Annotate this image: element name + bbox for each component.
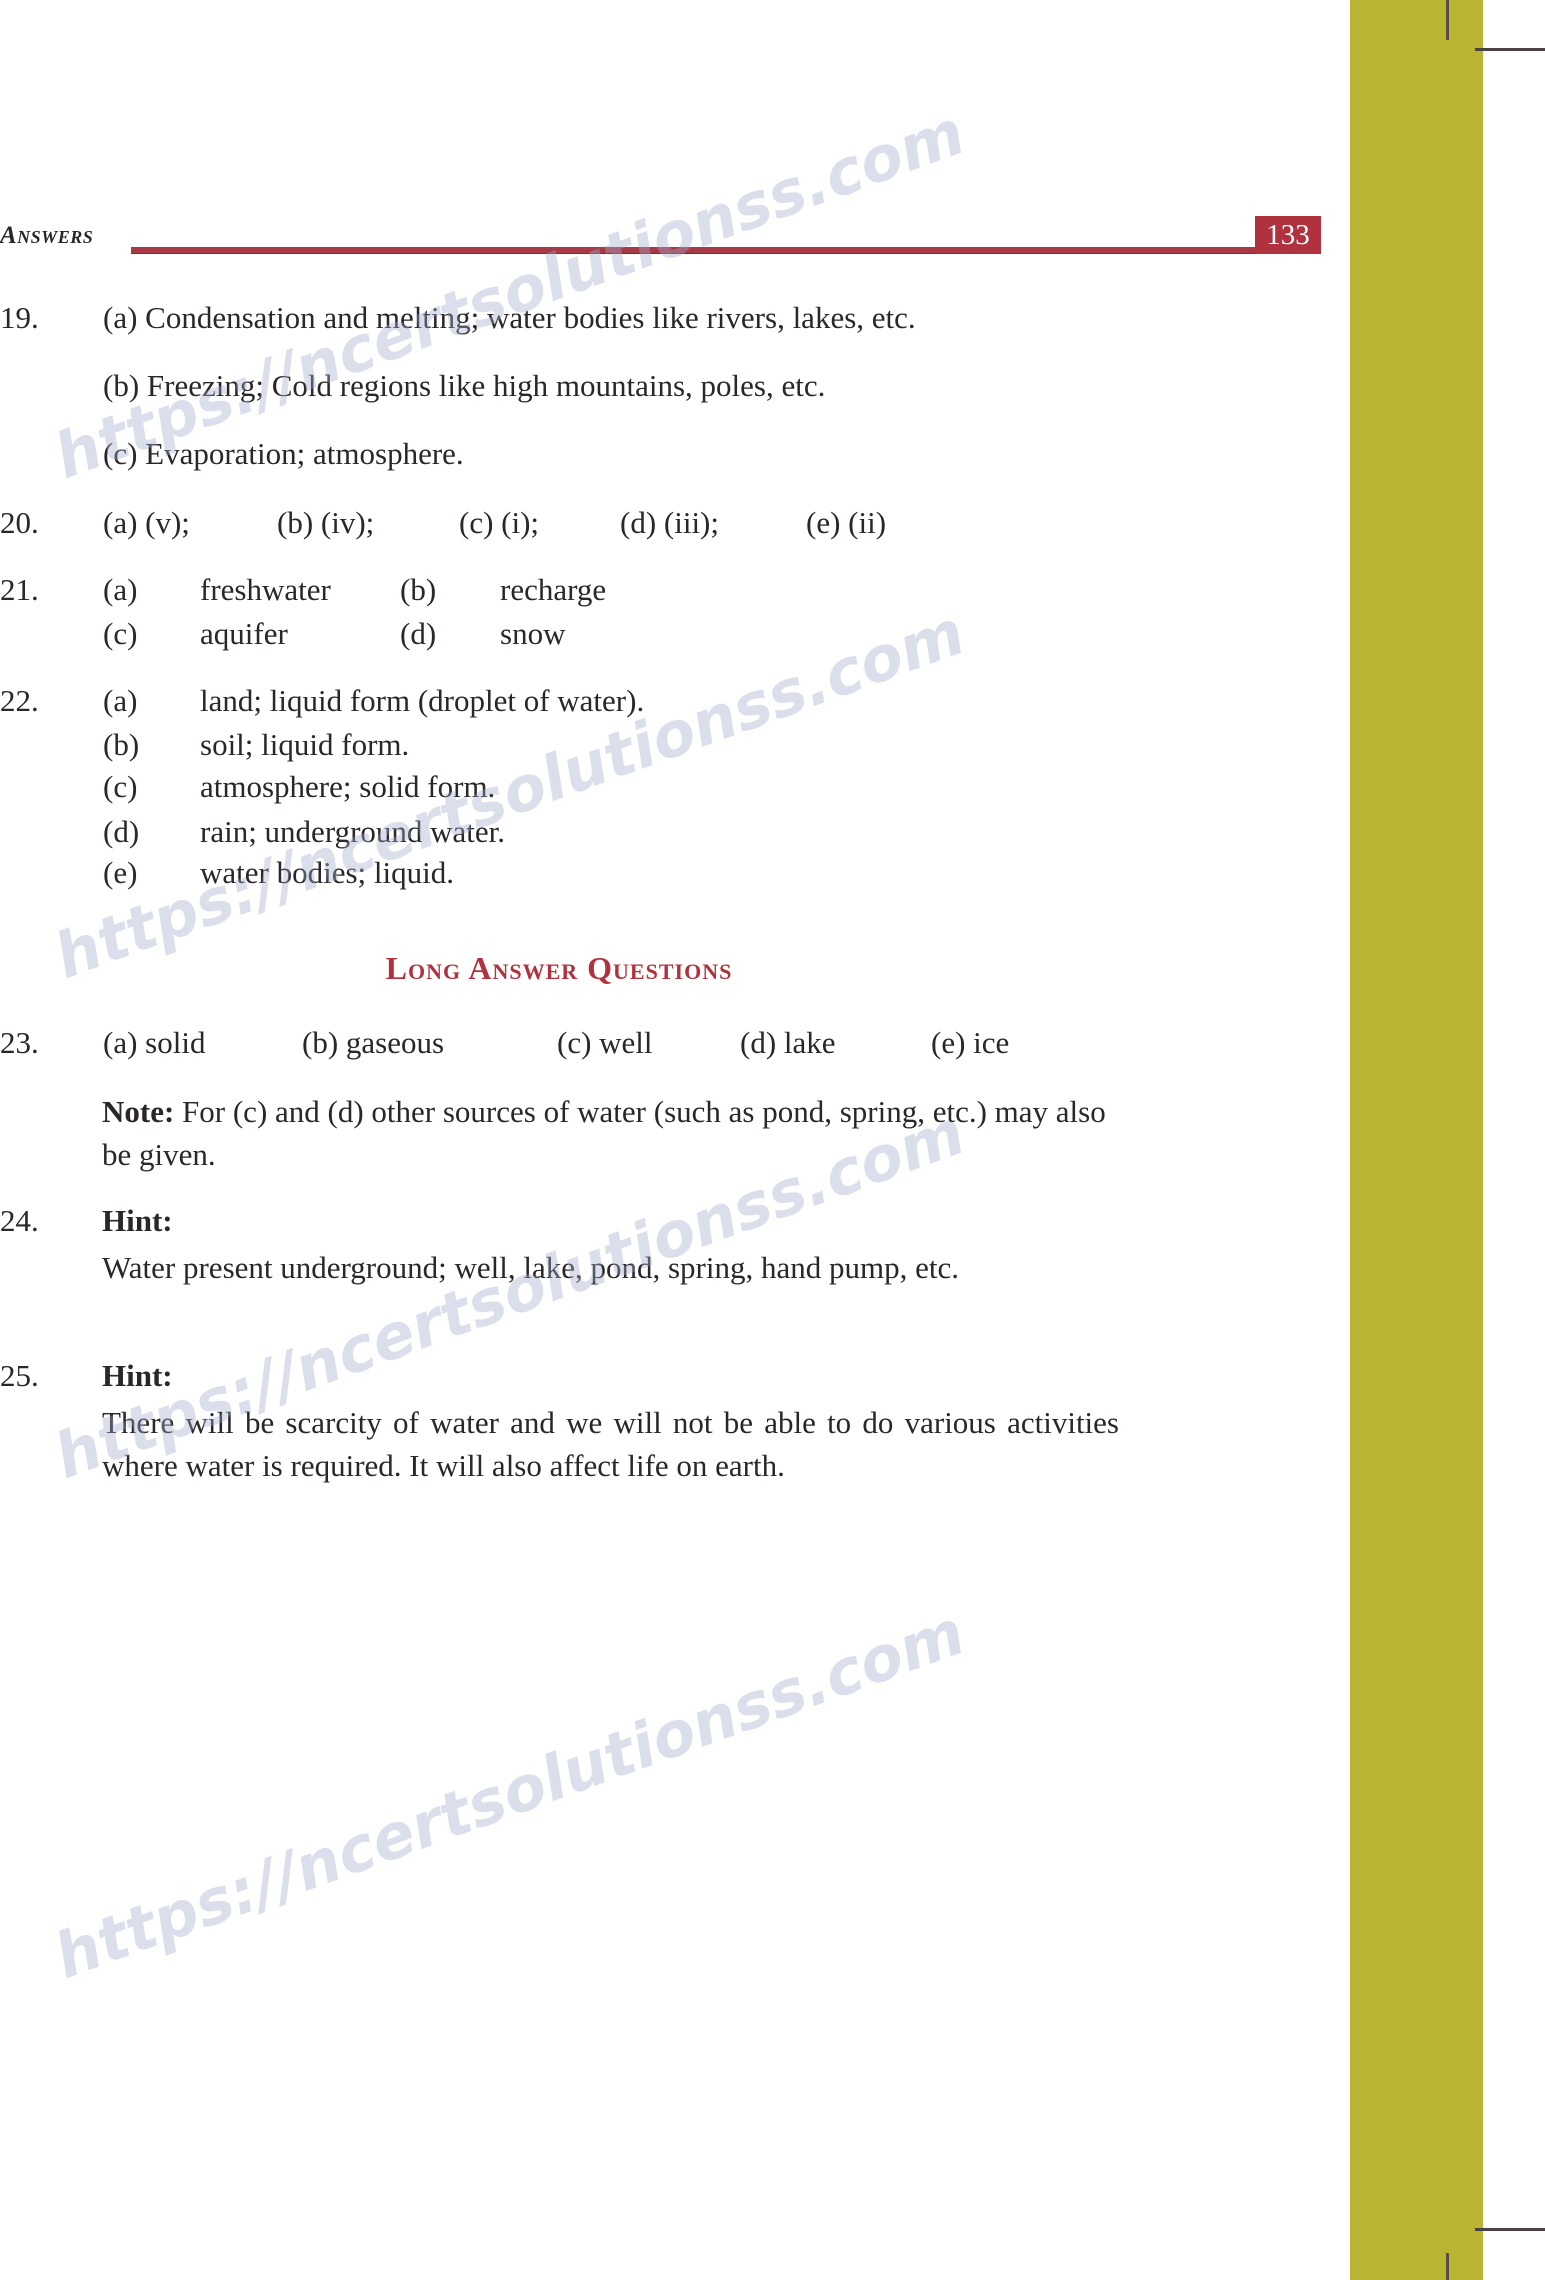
item-label: (c) xyxy=(103,616,137,652)
answer-item: (e) ice xyxy=(931,1025,1009,1061)
crop-mark-top-vertical xyxy=(1446,0,1449,40)
question-number: 20. xyxy=(0,505,39,541)
question-number: 24. xyxy=(0,1203,39,1239)
hint-label: Hint: xyxy=(102,1203,173,1239)
running-head: Answers xyxy=(0,222,93,250)
match-item: (e) (ii) xyxy=(806,505,886,541)
item-label: (d) xyxy=(103,814,139,850)
question-number: 23. xyxy=(0,1025,39,1061)
note-paragraph: Note: For (c) and (d) other sources of w… xyxy=(102,1090,1119,1176)
header-rule xyxy=(131,247,1261,253)
question-number: 19. xyxy=(0,300,39,336)
answer-line: (c) Evaporation; atmosphere. xyxy=(103,436,464,472)
match-item: (c) (i); xyxy=(459,505,539,541)
watermark: https://ncertsolutionss.com xyxy=(45,1595,974,1993)
answer-line: (a) Condensation and melting; water bodi… xyxy=(103,300,916,336)
hint-text: There will be scarcity of water and we w… xyxy=(102,1401,1119,1487)
match-item: (a) (v); xyxy=(103,505,190,541)
item-label: (b) xyxy=(400,572,436,608)
answer-item: (c) well xyxy=(557,1025,653,1061)
answer-line: (b) Freezing; Cold regions like high mou… xyxy=(103,368,825,404)
note-label: Note: xyxy=(102,1094,174,1129)
page-number: 133 xyxy=(1255,216,1321,254)
answer-item: (b) gaseous xyxy=(302,1025,444,1061)
item-label: (d) xyxy=(400,616,436,652)
crop-mark-top-horizontal xyxy=(1475,48,1545,51)
item-label: (e) xyxy=(103,855,137,891)
note-text: For (c) and (d) other sources of water (… xyxy=(102,1094,1106,1172)
item-label: (b) xyxy=(103,727,139,763)
crop-mark-bottom-horizontal xyxy=(1475,2228,1545,2231)
answer-item: (d) lake xyxy=(740,1025,836,1061)
section-heading: Long Answer Questions xyxy=(0,950,1118,987)
question-number: 22. xyxy=(0,683,39,719)
item-label: (a) xyxy=(103,683,137,719)
match-item: (b) (iv); xyxy=(277,505,374,541)
item-label: (a) xyxy=(103,572,137,608)
answer-item: (a) solid xyxy=(103,1025,205,1061)
question-number: 25. xyxy=(0,1358,39,1394)
question-number: 21. xyxy=(0,572,39,608)
item-text: land; liquid form (droplet of water). xyxy=(200,683,644,719)
item-text: snow xyxy=(500,616,565,652)
match-item: (d) (iii); xyxy=(620,505,719,541)
item-text: rain; underground water. xyxy=(200,814,505,850)
olive-side-bar xyxy=(1350,0,1483,2280)
item-text: atmosphere; solid form. xyxy=(200,769,495,805)
watermark: https://ncertsolutionss.com xyxy=(45,595,974,993)
item-text: soil; liquid form. xyxy=(200,727,409,763)
watermark: https://ncertsolutionss.com xyxy=(45,95,974,493)
crop-mark-bottom-vertical xyxy=(1446,2253,1449,2280)
item-text: water bodies; liquid. xyxy=(200,855,454,891)
item-text: recharge xyxy=(500,572,606,608)
hint-label: Hint: xyxy=(102,1358,173,1394)
item-text: aquifer xyxy=(200,616,288,652)
item-label: (c) xyxy=(103,769,137,805)
item-text: freshwater xyxy=(200,572,331,608)
hint-text: Water present underground; well, lake, p… xyxy=(102,1246,1119,1289)
